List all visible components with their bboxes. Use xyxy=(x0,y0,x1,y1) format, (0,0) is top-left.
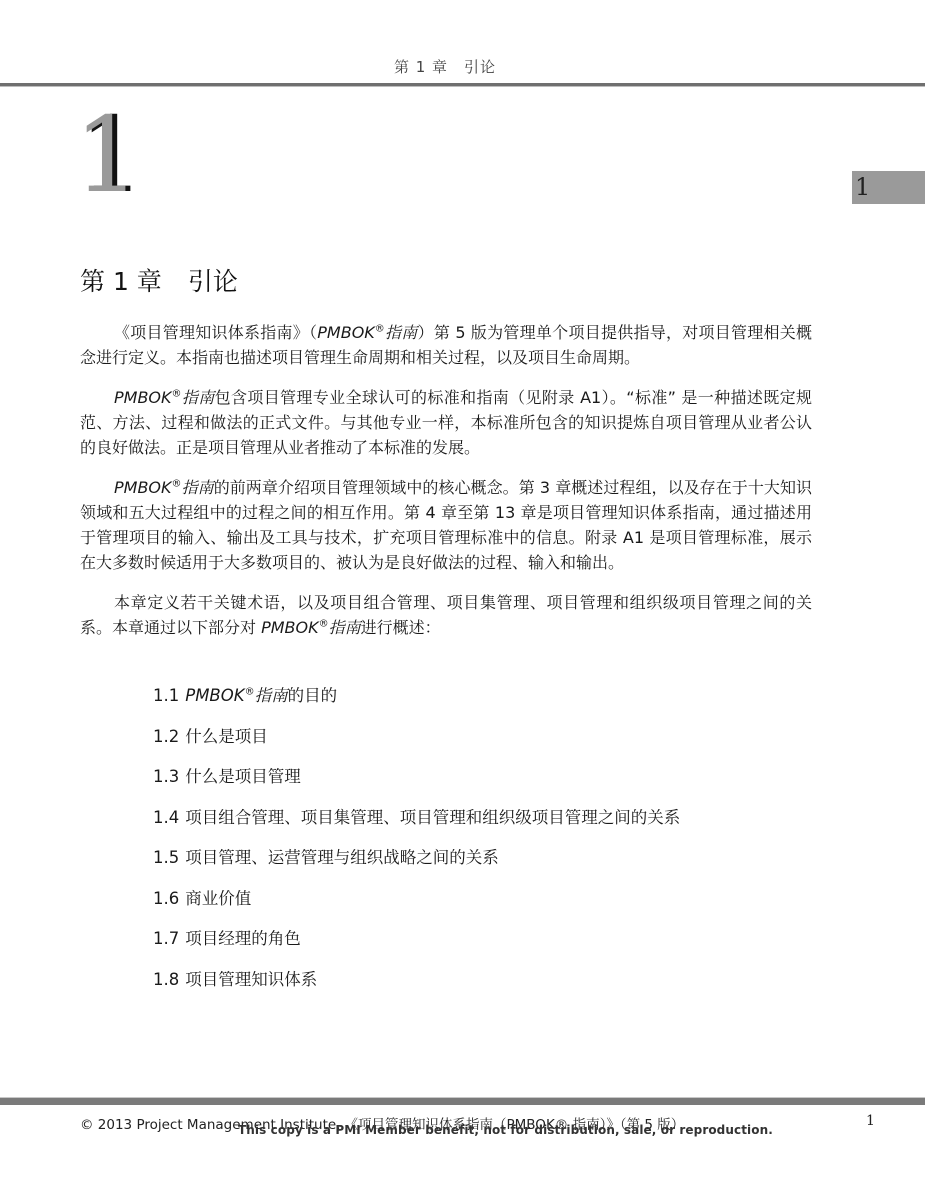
paragraph-2: PMBOK®指南包含项目管理专业全球认可的标准和指南（见附录 A1）。“标准” … xyxy=(80,385,812,460)
body-text: 《项目管理知识体系指南》（PMBOK®指南）第 5 版为管理单个项目提供指导，对… xyxy=(80,320,812,655)
section-item: 1.8项目管理知识体系 xyxy=(153,968,680,1009)
paragraph-4: 本章定义若干关键术语，以及项目组合管理、项目集管理、项目管理和组织级项目管理之间… xyxy=(80,590,812,640)
chapter-title: 第 1 章引论 xyxy=(80,262,238,298)
footer-rule xyxy=(0,1097,925,1105)
chapter-title-text: 引论 xyxy=(188,267,238,296)
chapter-number-large: 1 xyxy=(74,100,140,210)
paragraph-1: 《项目管理知识体系指南》（PMBOK®指南）第 5 版为管理单个项目提供指导，对… xyxy=(80,320,812,370)
paragraph-3: PMBOK®指南的前两章介绍项目管理领域中的核心概念。第 3 章概述过程组，以及… xyxy=(80,475,812,575)
section-item: 1.5项目管理、运营管理与组织战略之间的关系 xyxy=(153,846,680,887)
section-item: 1.4项目组合管理、项目集管理、项目管理和组织级项目管理之间的关系 xyxy=(153,806,680,847)
section-list: 1.1PMBOK®指南的目的 1.2什么是项目 1.3什么是项目管理 1.4项目… xyxy=(153,684,680,1008)
running-header: 第 1 章 引论 xyxy=(0,56,890,77)
section-item: 1.6商业价值 xyxy=(153,887,680,928)
chapter-title-prefix: 第 1 章 xyxy=(80,267,162,296)
license-watermark: This copy is a PMI Member benefit, not f… xyxy=(238,1123,773,1137)
section-item: 1.3什么是项目管理 xyxy=(153,765,680,806)
chapter-thumb-tab: 1 xyxy=(852,171,925,204)
section-item: 1.2什么是项目 xyxy=(153,725,680,766)
page-number: 1 xyxy=(866,1113,875,1129)
header-rule xyxy=(0,83,925,87)
section-item: 1.1PMBOK®指南的目的 xyxy=(153,684,680,725)
section-item: 1.7项目经理的角色 xyxy=(153,927,680,968)
